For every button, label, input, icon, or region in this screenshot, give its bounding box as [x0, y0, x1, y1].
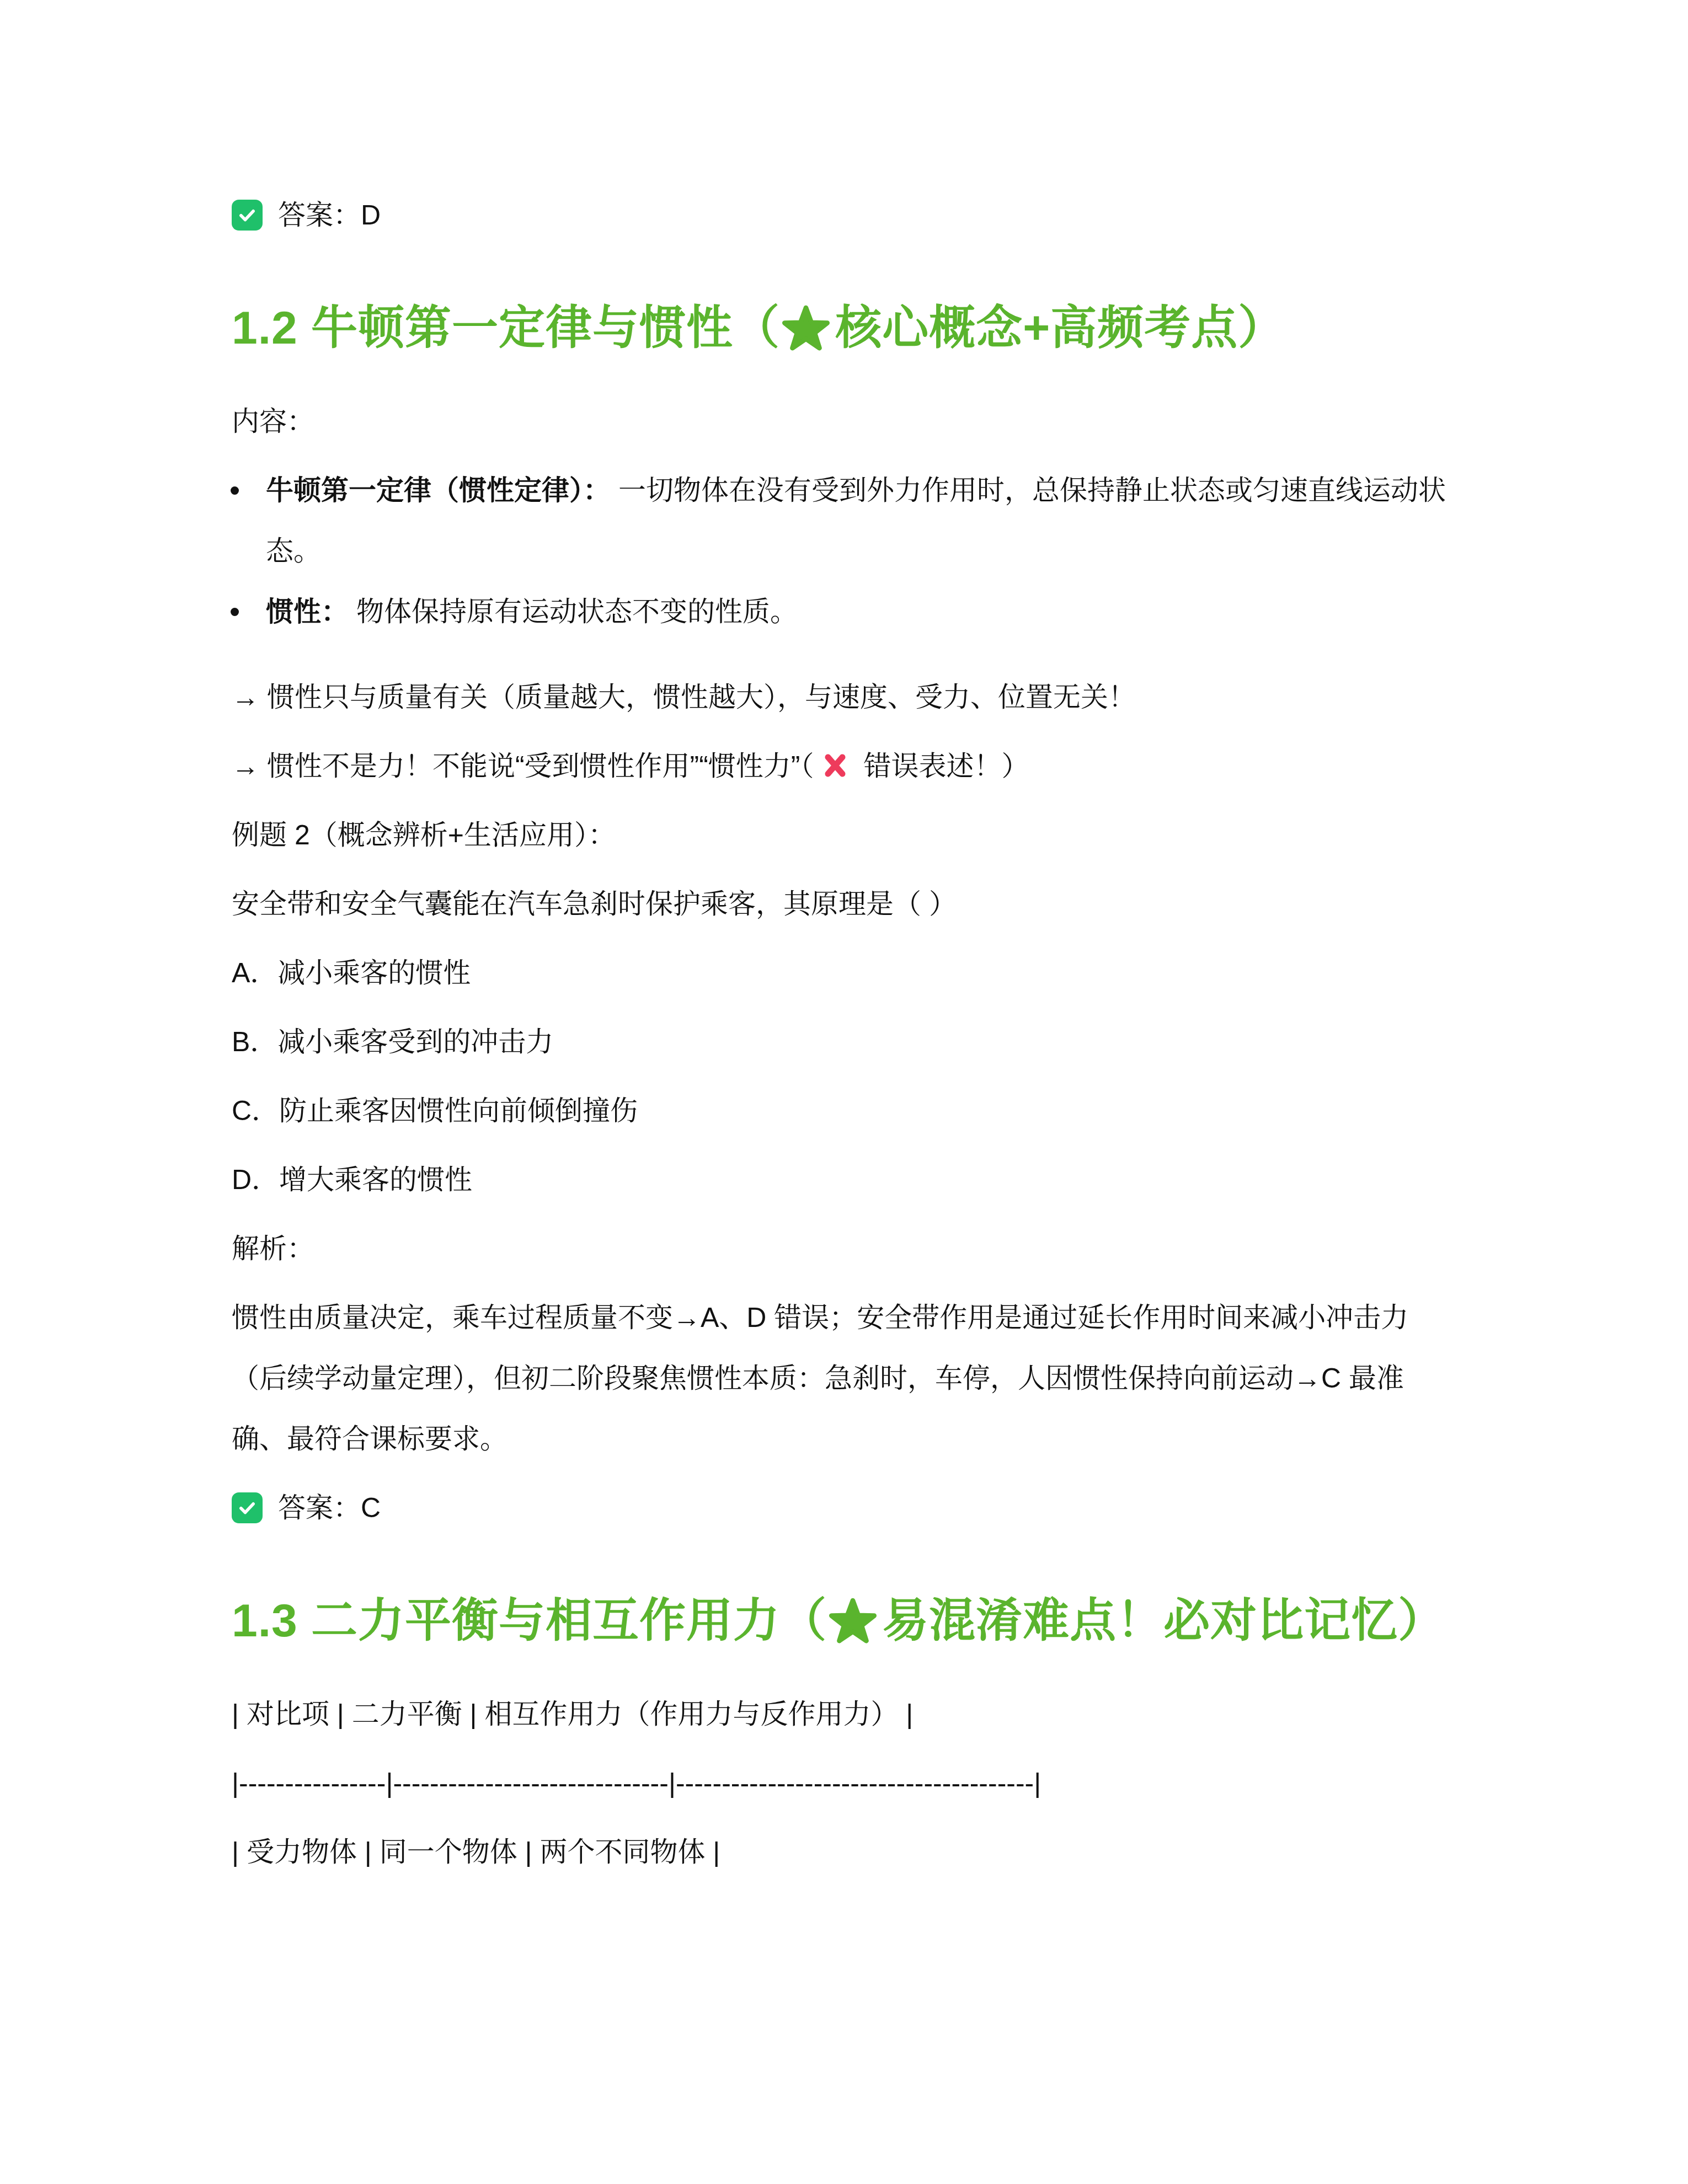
heading-text-pre: 1.3 二力平衡与相互作用力（ — [232, 1591, 827, 1651]
option-d: D．增大乘客的惯性 — [232, 1149, 1456, 1210]
document-page: 答案：D 1.2 牛顿第一定律与惯性（ 核心概念+高频考点） 内容： 牛顿第一定… — [0, 0, 1688, 2184]
check-icon — [232, 200, 263, 231]
heading-text-post: 核心概念+高频考点） — [835, 298, 1285, 358]
analysis-text: 惯性由质量决定，乘车过程质量不变→A、D 错误；安全带作用是通过延长作用时间来减… — [232, 1287, 1456, 1469]
definition-term: 惯性： — [266, 596, 349, 627]
list-item: 惯性： 物体保持原有运动状态不变的性质。 — [232, 581, 1456, 642]
note-text-pre: → 惯性不是力！不能说“受到惯性作用”“惯性力”（ — [232, 751, 814, 781]
table-source-header-row: | 对比项 | 二力平衡 | 相互作用力（作用力与反作用力） | — [232, 1684, 1456, 1744]
definition-body: 物体保持原有运动状态不变的性质。 — [349, 596, 798, 627]
note-line-2: → 惯性不是力！不能说“受到惯性作用”“惯性力”（ 错误表述！） — [232, 736, 1456, 796]
answer-line-d: 答案：D — [232, 185, 1456, 245]
note-line-1: → 惯性只与质量有关（质量越大，惯性越大），与速度、受力、位置无关！ — [232, 667, 1456, 727]
example-title: 例题 2（概念辨析+生活应用）： — [232, 805, 1456, 865]
table-source-separator-row: |----------------|----------------------… — [232, 1753, 1456, 1813]
list-item: 牛顿第一定律（惯性定律）： 一切物体在没有受到外力作用时，总保持静止状态或匀速直… — [232, 460, 1456, 581]
option-b: B．减小乘客受到的冲击力 — [232, 1011, 1456, 1072]
option-a: A．减小乘客的惯性 — [232, 943, 1456, 1003]
section-heading-1-2: 1.2 牛顿第一定律与惯性（ 核心概念+高频考点） — [232, 298, 1456, 358]
answer-text: 答案：C — [278, 1478, 381, 1538]
answer-text: 答案：D — [278, 185, 381, 245]
note-text-post: 错误表述！） — [856, 751, 1029, 781]
table-source-data-row: | 受力物体 | 同一个物体 | 两个不同物体 | — [232, 1822, 1456, 1882]
definition-term: 牛顿第一定律（惯性定律）： — [266, 475, 611, 506]
analysis-label: 解析： — [232, 1218, 1456, 1279]
option-c: C．防止乘客因惯性向前倾倒撞伤 — [232, 1080, 1456, 1141]
definition-list: 牛顿第一定律（惯性定律）： 一切物体在没有受到外力作用时，总保持静止状态或匀速直… — [232, 460, 1456, 642]
answer-line-c: 答案：C — [232, 1478, 1456, 1538]
heading-text-post: 易混淆难点！必对比记忆） — [882, 1591, 1445, 1651]
check-icon — [232, 1492, 263, 1523]
heading-text-pre: 1.2 牛顿第一定律与惯性（ — [232, 298, 780, 358]
content-label: 内容： — [232, 391, 1456, 452]
star-icon — [829, 1597, 877, 1645]
example-question: 安全带和安全气囊能在汽车急刹时保护乘客，其原理是（ ） — [232, 874, 1456, 934]
cross-mark-icon — [822, 752, 848, 779]
section-heading-1-3: 1.3 二力平衡与相互作用力（ 易混淆难点！必对比记忆） — [232, 1591, 1456, 1651]
star-icon — [782, 304, 830, 352]
